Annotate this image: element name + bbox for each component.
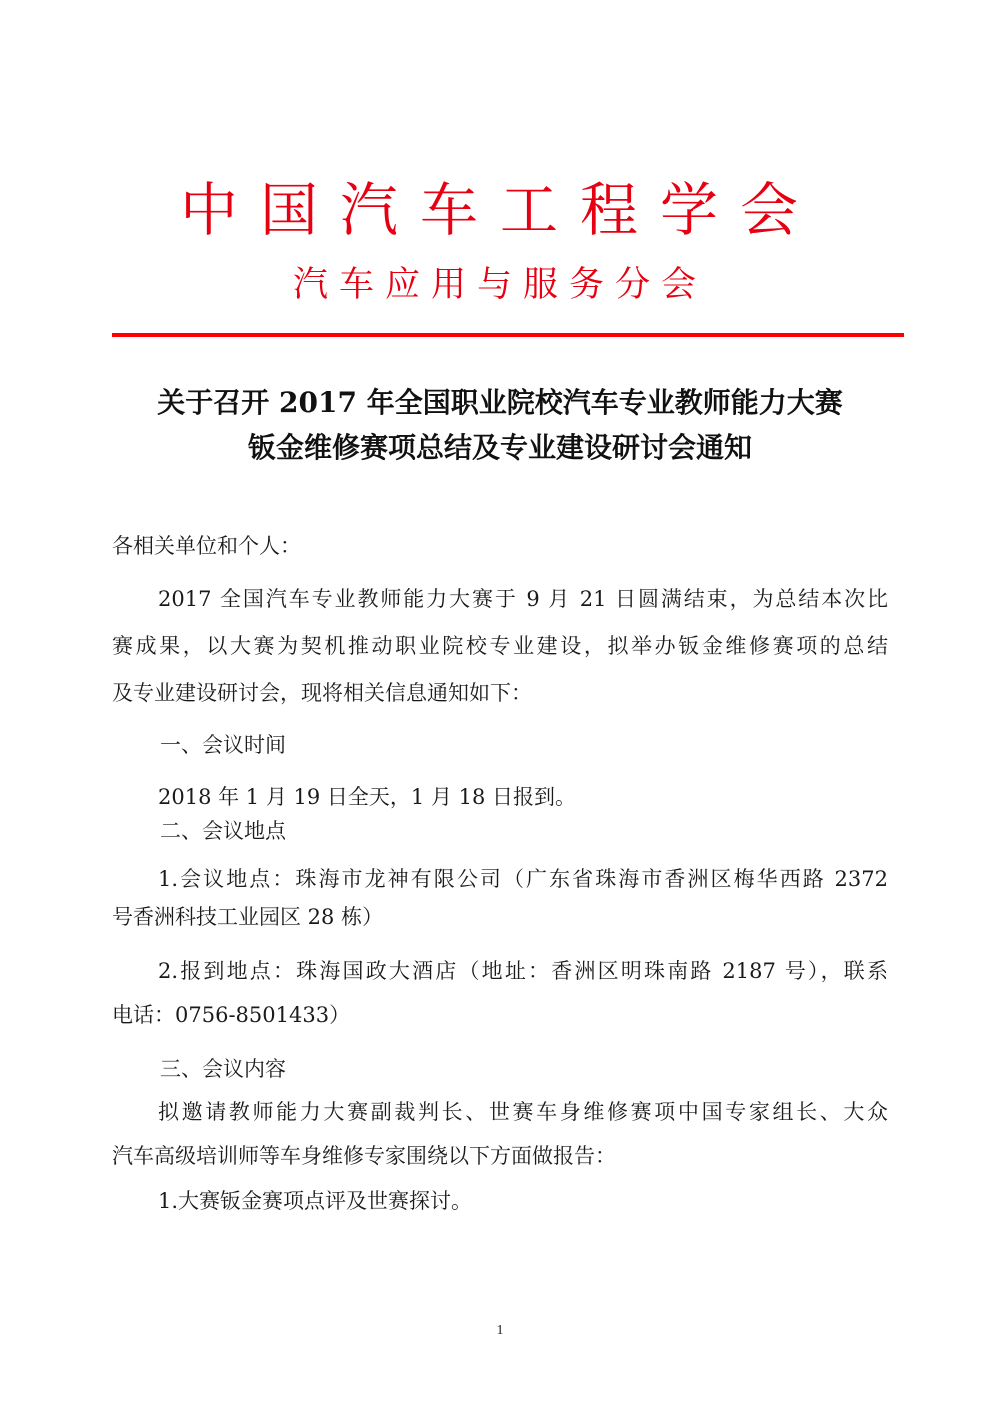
notice-title-line-1: 关于召开 2017 年全国职业院校汽车专业教师能力大赛 bbox=[0, 383, 1000, 423]
meeting-time: 2018 年 1 月 19 日全天，1 月 18 日报到。 bbox=[158, 782, 576, 812]
venue-line-1: 1.会议地点：珠海市龙神有限公司（广东省珠海市香洲区梅华西路 2372 bbox=[158, 864, 888, 894]
intro-line-2: 赛成果，以大赛为契机推动职业院校专业建设，拟举办钣金维修赛项的总结 bbox=[112, 631, 888, 661]
content-line-2: 汽车高级培训师等车身维修专家围绕以下方面做报告： bbox=[112, 1141, 616, 1171]
organization-name: 中国汽车工程学会 bbox=[0, 172, 1000, 248]
content-item-1: 1.大赛钣金赛项点评及世赛探讨。 bbox=[158, 1186, 472, 1216]
registration-line-2: 电话：0756-8501433） bbox=[112, 1000, 350, 1030]
notice-title-line-2: 钣金维修赛项总结及专业建设研讨会通知 bbox=[0, 428, 1000, 468]
intro-line-1: 2017 全国汽车专业教师能力大赛于 9 月 21 日圆满结束，为总结本次比 bbox=[158, 584, 888, 614]
section-heading-time: 一、会议时间 bbox=[160, 730, 286, 760]
registration-line-1: 2.报到地点：珠海国政大酒店（地址：香洲区明珠南路 2187 号），联系 bbox=[158, 956, 888, 986]
page-number: 1 bbox=[0, 1323, 1000, 1339]
letterhead-divider bbox=[112, 333, 904, 337]
intro-line-3: 及专业建设研讨会，现将相关信息通知如下： bbox=[112, 678, 532, 708]
section-heading-location: 二、会议地点 bbox=[160, 816, 286, 846]
content-line-1: 拟邀请教师能力大赛副裁判长、世赛车身维修赛项中国专家组长、大众 bbox=[158, 1097, 888, 1127]
salutation: 各相关单位和个人： bbox=[112, 531, 301, 561]
venue-line-2: 号香洲科技工业园区 28 栋） bbox=[112, 902, 383, 932]
section-heading-content: 三、会议内容 bbox=[160, 1054, 286, 1084]
branch-name: 汽车应用与服务分会 bbox=[0, 260, 1000, 310]
